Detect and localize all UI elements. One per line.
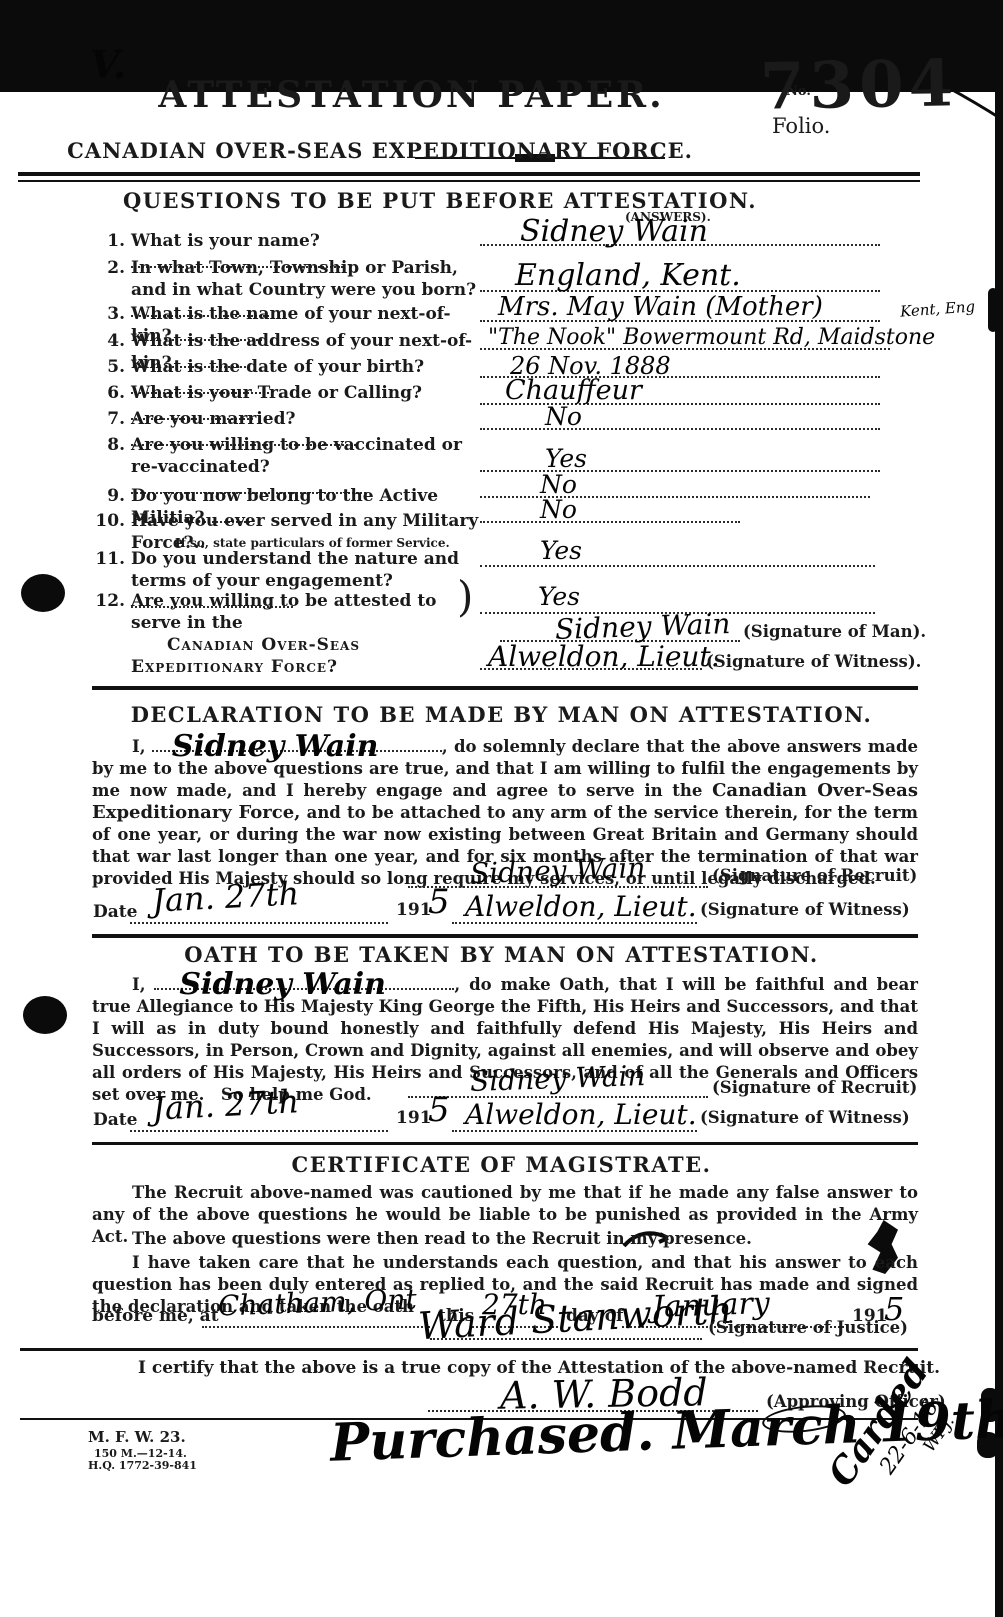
answer-11: Yes [540,536,582,565]
answer-2: England, Kent. [515,258,741,293]
section-rule [92,686,918,690]
section-rule [92,1142,918,1145]
oath-year-written: 5 [428,1090,450,1130]
scan-artifact-right-strip [995,0,1003,1617]
answer-line [480,565,875,567]
declaration-year-written: 5 [428,882,450,922]
oath-year-printed: 191 [396,1108,432,1128]
answer-7: No [545,402,582,431]
oath-witness-label: (Signature of Witness) [700,1108,910,1127]
answer-line [480,496,870,498]
question-row-12: 12.Are you willing to be attested to ser… [95,590,490,678]
oath-heading: OATH TO BE TAKEN BY MAN ON ATTESTATION. [0,942,1003,967]
date-line [130,1130,388,1132]
punch-hole [21,574,65,612]
oath-recruit-label: (Signature of Recruit) [712,1078,917,1097]
oath-name-written: Sidney Wain [179,974,386,996]
header-rule-2 [18,180,920,182]
declaration-date-written: Jan. 27th [151,874,300,920]
subtitle: CANADIAN OVER-SEAS EXPEDITIONARY FORCE. [0,138,760,163]
man-signature-label: (Signature of Man). [743,622,926,641]
question-12-brace: ) [457,586,473,608]
punch-hole [23,996,67,1034]
answer-4: "The Nook" Bowermount Rd, Maidstone [488,325,935,350]
justice-label: (Signature of Justice) [708,1318,908,1337]
declaration-recruit-signature: Sidney Wain [469,851,645,890]
witness-signature: Alweldon, Lieut. [488,640,720,673]
certificate-p2: The above questions were then read to th… [92,1228,918,1250]
answer-line [480,428,880,430]
scan-artifact-blob [988,288,998,332]
place-written: Chatham, Ont [217,1283,417,1323]
oath-witness-signature: Alweldon, Lieut. [465,1098,697,1131]
footer-form-code: M. F. W. 23. [88,1428,186,1446]
section-rule [92,934,918,938]
declaration-witness-label: (Signature of Witness) [700,900,910,919]
answer-3-extra: Kent, Eng [899,297,975,320]
oath-date-label: Date [93,1110,137,1130]
attestation-paper-scan: V. ATTESTATION PAPER. No. 7304 Folio. CA… [0,0,1003,1617]
declaration-recruit-label: (Signature of Recruit) [712,866,917,885]
header-rule-1 [18,172,920,176]
answer-8: Yes [545,444,587,473]
place-line [202,1326,430,1328]
declaration-date-label: Date [93,902,137,922]
answer-1: Sidney Wain [520,214,708,249]
folio-label: Folio. [772,114,830,138]
footer-hq-code: H.Q. 1772-39-841 [88,1459,197,1472]
declaration-year-printed: 191 [396,900,432,920]
scan-artifact-mark [903,26,911,45]
answer-12: Yes [538,582,580,611]
witness-signature-label: (Signature of Witness). [706,652,921,671]
oath-date-written: Jan. 27th [151,1082,300,1128]
answer-line [480,521,740,523]
answer-3: Mrs. May Wain (Mother) [498,292,823,322]
section-rule [20,1348,918,1351]
oath-recruit-signature: Sidney Wain [469,1059,645,1098]
certificate-heading: CERTIFICATE OF MAGISTRATE. [0,1152,1003,1177]
form-number-stamp: 7304 [759,46,958,124]
before-me-label: before me, at [92,1306,219,1326]
declaration-heading: DECLARATION TO BE MADE BY MAN ON ATTESTA… [0,702,1003,727]
declaration-name-written: Sidney Wain [172,736,379,758]
declaration-witness-signature: Alweldon, Lieut. [465,890,697,923]
date-line [130,922,388,924]
answer-10: No [540,495,577,524]
